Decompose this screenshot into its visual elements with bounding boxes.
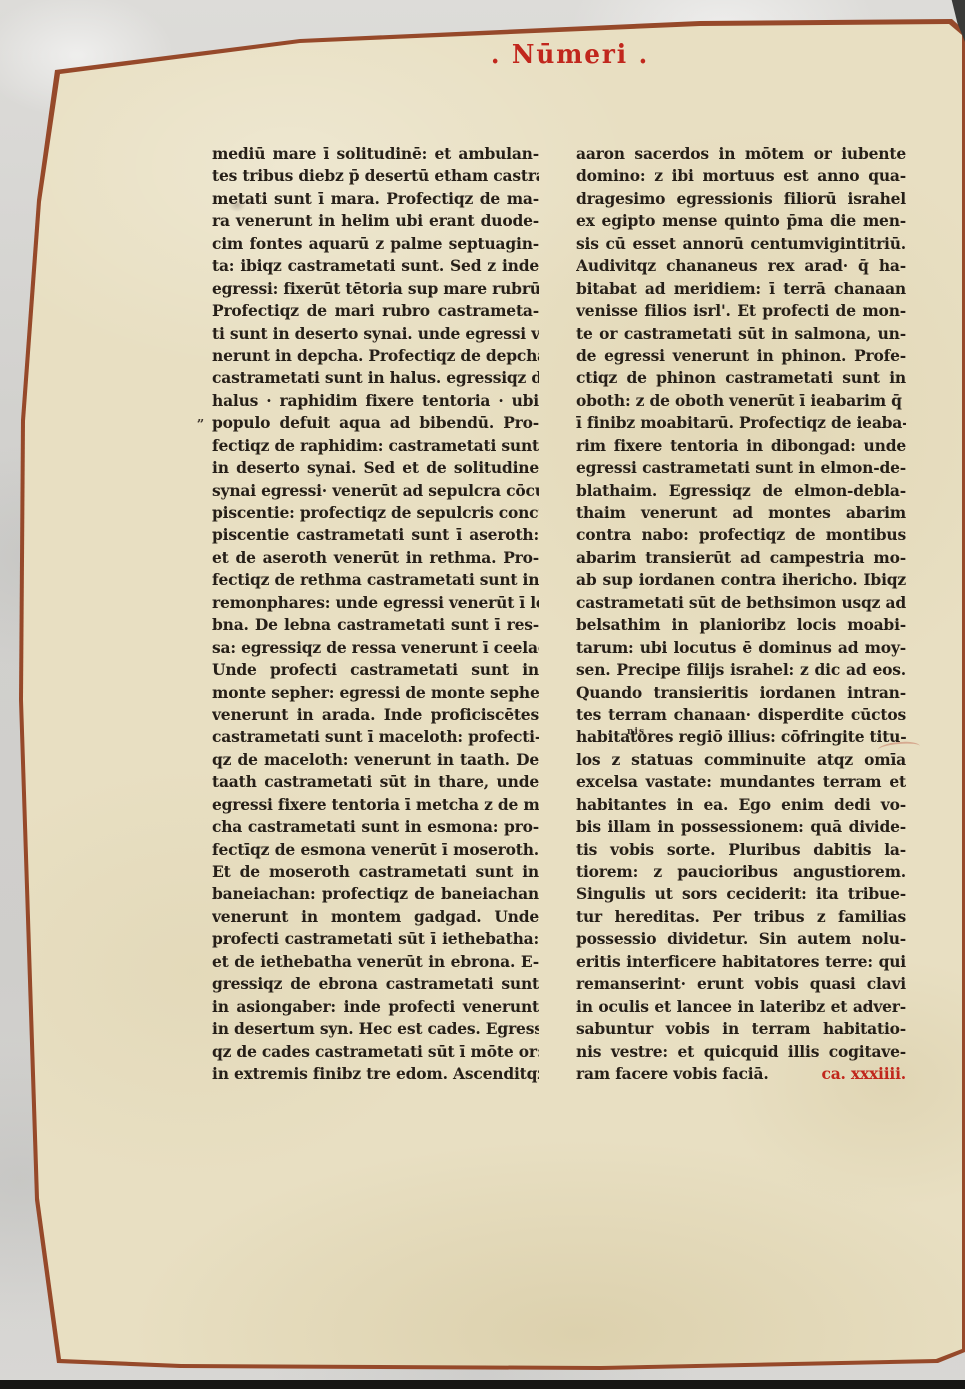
text-column-right-lines: aaron sacerdos in mōtem or iubentedomino… — [576, 143, 906, 1063]
text-line: metati sunt ī mara. Profectiqz de ma- — [212, 187, 539, 211]
text-line: ta: ibiqz castrametati sunt. Sed z inde — [212, 255, 539, 279]
text-line: ctiqz de phinon castrametati sunt in — [576, 367, 906, 391]
text-line: fectīqz de esmona venerūt ī moseroth. — [212, 838, 539, 862]
text-line: sis cū esset annorū centumvigintitriū. — [576, 232, 906, 256]
text-line: castrametati sunt in halus. egressiqz de — [212, 367, 539, 391]
text-line: tes terram chanaan· disperdite cūctos — [576, 703, 906, 727]
text-line: fectiqz de raphidim: castrametati sunt — [212, 434, 539, 458]
text-line: bna. De lebna castrametati sunt ī res- — [212, 614, 539, 638]
text-line: qz de cades castrametati sūt ī mōte or: — [212, 1040, 539, 1064]
text-line: in asiongaber: inde profecti venerunt — [212, 995, 539, 1019]
text-line: ab sup iordanen contra ihericho. Ibiqz — [576, 569, 906, 593]
text-line: Profectiqz de mari rubro castrameta- — [212, 300, 539, 324]
text-column-left: mediū mare ī solitudinē: et ambulan-tes … — [212, 143, 539, 1085]
text-line: possessio dividetur. Sin autem nolu- — [576, 928, 906, 952]
text-line: halus · raphidim fixere tentoria · ubi — [212, 389, 539, 413]
text-line: tur hereditas. Per tribus z familias — [576, 905, 906, 929]
text-line: tiorem: z paucioribus angustiorem. — [576, 860, 906, 884]
text-column-right: aaron sacerdos in mōtem or iubentedomino… — [576, 143, 906, 1085]
final-line-text: ram facere vobis faciā. — [576, 1062, 769, 1086]
text-line: gressiqz de ebrona castrametati sunt — [212, 973, 539, 997]
text-line: remanserint· erunt vobis quasi clavi — [576, 973, 906, 997]
text-line: cha castrametati sunt in esmona: pro- — [212, 816, 539, 840]
text-line: venisse filios isrl'. Et profecti de mon… — [576, 300, 906, 324]
text-line: qz de maceloth: venerunt in taath. De — [212, 748, 539, 772]
text-line: synai egressi· venerūt ad sepulcra cōcu- — [212, 479, 539, 503]
text-line: in extremis finibz tre edom. Ascenditqz — [212, 1062, 539, 1086]
text-line: in deserto synai. Sed et de solitudine — [212, 457, 539, 481]
text-line-final: ram facere vobis faciā. ca. xxxiiii. — [576, 1062, 906, 1086]
text-line: nis vestre: et quicquid illis cogitave- — [576, 1040, 906, 1064]
text-line: oboth: z de oboth venerūt ī ieabarim q̄ … — [576, 389, 906, 413]
text-line: piscentie castrametati sunt ī aseroth: — [212, 524, 539, 548]
text-line: eritis interficere habitatores terre: qu… — [576, 950, 906, 974]
text-line: sabuntur vobis in terram habitatio- — [576, 1018, 906, 1042]
text-line: ti sunt in deserto synai. unde egressi v… — [212, 322, 539, 346]
photo-black-strip — [0, 1380, 965, 1389]
text-line: profecti castrametati sūt ī iethebatha: — [212, 928, 539, 952]
text-line: venerunt in montem gadgad. Unde — [212, 905, 539, 929]
text-line: belsathim in planioribz locis moabi- — [576, 614, 906, 638]
text-line: Quando transieritis iordanen intran- — [576, 681, 906, 705]
text-line: in oculis et lancee in lateribz et adver… — [576, 995, 906, 1019]
text-line: castrametati sunt ī maceloth: profecti- — [212, 726, 539, 750]
text-line: excelsa vastate: mundantes terram et — [576, 771, 906, 795]
text-line: los z statuas comminuite atqz omīa — [576, 748, 906, 772]
text-line: tarum: ubi locutus ē dominus ad moy- — [576, 636, 906, 660]
text-line: remonphares: unde egressi venerūt ī le- — [212, 591, 539, 615]
text-line: fectiqz de rethma castrametati sunt in — [212, 569, 539, 593]
text-line: aaron sacerdos in mōtem or iubente — [576, 142, 906, 166]
text-line: castrametati sūt de bethsimon usqz ad — [576, 591, 906, 615]
text-line: Audivitqz chananeus rex arad· q̄ ha- — [576, 255, 906, 279]
text-line: habitantes in ea. Ego enim dedi vo- — [576, 793, 906, 817]
manuscript-photo: { "document": { "kind": "incunabulum bib… — [0, 0, 965, 1389]
text-line: egressi fixere tentoria ī metcha z de me… — [212, 793, 539, 817]
text-line: Et de moseroth castrametati sunt in — [212, 860, 539, 884]
corrector-margin-mark: „ — [197, 410, 204, 425]
text-line: venerunt in arada. Inde proficiscētes — [212, 703, 539, 727]
text-line: dragesimo egressionis filiorū israhel — [576, 187, 906, 211]
text-line: te or castrametati sūt in salmona, un- — [576, 322, 906, 346]
text-line: taath castrametati sūt in thare, unde — [212, 771, 539, 795]
text-line: rim fixere tentoria in dibongad: unde — [576, 434, 906, 458]
text-line: cim fontes aquarū z palme septuagin- — [212, 232, 539, 256]
text-line: in desertum syn. Hec est cades. Egressi- — [212, 1018, 539, 1042]
text-line: blathaim. Egressiqz de elmon-debla- — [576, 479, 906, 503]
text-line: domino: z ibi mortuus est anno qua- — [576, 165, 906, 189]
running-title-numeri: . Nūmeri . — [461, 40, 680, 70]
text-line: Singulis ut sors ceciderit: ita tribue- — [576, 883, 906, 907]
text-line: monte sepher: egressi de monte sepher — [212, 681, 539, 705]
text-line: tes tribus diebz p̄ desertū etham castra… — [212, 165, 539, 189]
text-line: contra nabo: profectiqz de montibus — [576, 524, 906, 548]
text-line: et de iethebatha venerūt in ebrona. E- — [212, 950, 539, 974]
text-line: et de aseroth venerūt in rethma. Pro- — [212, 546, 539, 570]
text-line: ex egipto mense quinto p̄ma die men- — [576, 210, 906, 234]
text-line: egressi: fixerūt tētoria sup mare rubrū. — [212, 277, 539, 301]
text-line: sen. Precipe filijs israhel: z dic ad eo… — [576, 659, 906, 683]
text-line: nerunt in depcha. Profectiqz de depcha — [212, 344, 539, 368]
text-line: habitatores regiō illius: cōfringite tit… — [576, 726, 906, 750]
text-line: ī finibz moabitarū. Profectiqz de ieaba- — [576, 412, 906, 436]
text-line: tis vobis sorte. Pluribus dabitis la- — [576, 838, 906, 862]
text-line: baneiachan: profectiqz de baneiachan — [212, 883, 539, 907]
text-line: bitabat ad meridiem: ī terrā chanaan — [576, 277, 906, 301]
text-line: populo defuit aqua ad bibendū. Pro- — [212, 412, 539, 436]
text-line: piscentie: profectiqz de sepulcris concu… — [212, 501, 539, 525]
text-line: sa: egressiqz de ressa venerunt ī ceelac… — [212, 636, 539, 660]
text-line: abarim transierūt ad campestria mo- — [576, 546, 906, 570]
text-line: ra venerunt in helim ubi erant duode- — [212, 210, 539, 234]
text-line: de egressi venerunt in phinon. Profe- — [576, 344, 906, 368]
text-line: Unde profecti castrametati sunt in — [212, 659, 539, 683]
text-line: bis illam in possessionem: quā divide- — [576, 816, 906, 840]
chapter-reference-rubric: ca. xxxiiii. — [821, 1062, 906, 1086]
text-line: thaim venerunt ad montes abarim — [576, 501, 906, 525]
text-line: mediū mare ī solitudinē: et ambulan- — [212, 142, 539, 166]
text-line: egressi castrametati sunt in elmon-de- — [576, 457, 906, 481]
